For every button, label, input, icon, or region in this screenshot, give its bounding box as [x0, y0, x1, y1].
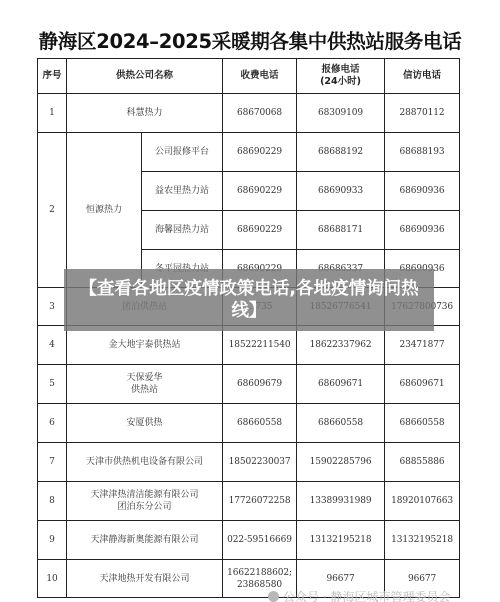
complaint-phone: 68609671 — [385, 365, 460, 404]
complaint-phone: 28870112 — [385, 94, 460, 133]
header-repair-phone: 报修电话 (24小时) — [297, 59, 385, 94]
repair-phone: 68609671 — [297, 365, 385, 404]
header-repair-line1: 报修电话 — [297, 64, 384, 76]
header-fee-phone: 收费电话 — [223, 59, 297, 94]
promo-banner-text: 【查看各地区疫情政策电话,各地疫情询问热线】 — [74, 278, 424, 322]
row-index: 5 — [38, 365, 67, 404]
repair-phone: 68690933 — [297, 172, 385, 211]
complaint-phone: 68660558 — [385, 404, 460, 443]
company-name: 恒源热力 — [67, 133, 142, 288]
fee-phone: 18502230037 — [223, 443, 297, 482]
station-name: 海馨园热力站 — [142, 211, 223, 250]
table-row: 5 天保爱华 供热站 68609679 68609671 68609671 — [38, 365, 460, 404]
repair-phone: 18622337962 — [297, 326, 385, 365]
repair-phone: 68688171 — [297, 211, 385, 250]
table-row: 7 天津市供热机电设备有限公司 18502230037 15902285796 … — [38, 443, 460, 482]
promo-banner-overlay: 【查看各地区疫情政策电话,各地疫情询问热线】 — [64, 269, 434, 331]
table-row: 1 科慧热力 68670068 68309109 28870112 — [38, 94, 460, 133]
fee-phone: 68690229 — [223, 133, 297, 172]
repair-phone: 13132195218 — [297, 521, 385, 560]
complaint-phone: 68690936 — [385, 172, 460, 211]
fee-phone: 022-59516669 — [223, 521, 297, 560]
complaint-phone: 18920107663 — [385, 482, 460, 521]
company-name: 天津市供热机电设备有限公司 — [67, 443, 223, 482]
repair-phone: 68309109 — [297, 94, 385, 133]
company-name: 天津津热清洁能源有限公司 团泊东分公司 — [67, 482, 223, 521]
company-name: 天津地热开发有限公司 — [67, 560, 223, 598]
company-name: 天保爱华 供热站 — [67, 365, 223, 404]
complaint-phone: 68855886 — [385, 443, 460, 482]
repair-phone: 15902285796 — [297, 443, 385, 482]
company-name: 天津静海新奥能源有限公司 — [67, 521, 223, 560]
complaint-phone: 68690936 — [385, 211, 460, 250]
company-name-line1: 天津津热清洁能源有限公司 — [67, 489, 222, 501]
station-name: 益农里热力站 — [142, 172, 223, 211]
repair-phone: 68688192 — [297, 133, 385, 172]
row-index: 3 — [38, 288, 67, 326]
row-index: 6 — [38, 404, 67, 443]
row-index: 9 — [38, 521, 67, 560]
watermark-text: 公众号 · 静海区城市管理委员会 — [283, 590, 450, 602]
fee-phone: 68660558 — [223, 404, 297, 443]
row-index: 2 — [38, 133, 67, 288]
company-name: 金大地宇泰供热站 — [67, 326, 223, 365]
table-row: 4 金大地宇泰供热站 18522211540 18622337962 23471… — [38, 326, 460, 365]
fee-phone: 17726072258 — [223, 482, 297, 521]
fee-phone: 18522211540 — [223, 326, 297, 365]
table-row: 2 恒源热力 公司报修平台 68690229 68688192 68688193 — [38, 133, 460, 172]
company-name-line2: 团泊东分公司 — [67, 501, 222, 513]
repair-phone: 13389931989 — [297, 482, 385, 521]
wechat-icon — [268, 591, 279, 602]
table-row: 8 天津津热清洁能源有限公司 团泊东分公司 17726072258 133899… — [38, 482, 460, 521]
complaint-phone: 68688193 — [385, 133, 460, 172]
fee-phone: 68670068 — [223, 94, 297, 133]
company-name-line1: 天保爱华 — [67, 372, 222, 384]
complaint-phone: 23471877 — [385, 326, 460, 365]
row-index: 4 — [38, 326, 67, 365]
station-name: 公司报修平台 — [142, 133, 223, 172]
fee-phone-line1: 16622188602; — [223, 567, 296, 579]
row-index: 8 — [38, 482, 67, 521]
row-index: 10 — [38, 560, 67, 598]
fee-phone: 68690229 — [223, 172, 297, 211]
table-header-row: 序号 供热公司名称 收费电话 报修电话 (24小时) 信访电话 — [38, 59, 460, 94]
row-index: 1 — [38, 94, 67, 133]
company-name: 科慧热力 — [67, 94, 223, 133]
repair-phone: 68660558 — [297, 404, 385, 443]
header-company: 供热公司名称 — [67, 59, 223, 94]
header-repair-line2: (24小时) — [297, 76, 384, 88]
complaint-phone: 13132195218 — [385, 521, 460, 560]
fee-phone: 68609679 — [223, 365, 297, 404]
company-name: 安厦供热 — [67, 404, 223, 443]
row-index: 7 — [38, 443, 67, 482]
fee-phone: 68690229 — [223, 211, 297, 250]
table-row: 6 安厦供热 68660558 68660558 68660558 — [38, 404, 460, 443]
company-name-line2: 供热站 — [67, 384, 222, 396]
page-title: 静海区2024–2025采暖期各集中供热站服务电话 — [0, 26, 500, 54]
header-index: 序号 — [38, 59, 67, 94]
table-row: 9 天津静海新奥能源有限公司 022-59516669 13132195218 … — [38, 521, 460, 560]
header-complaint-phone: 信访电话 — [385, 59, 460, 94]
watermark: 公众号 · 静海区城市管理委员会 — [268, 588, 500, 602]
